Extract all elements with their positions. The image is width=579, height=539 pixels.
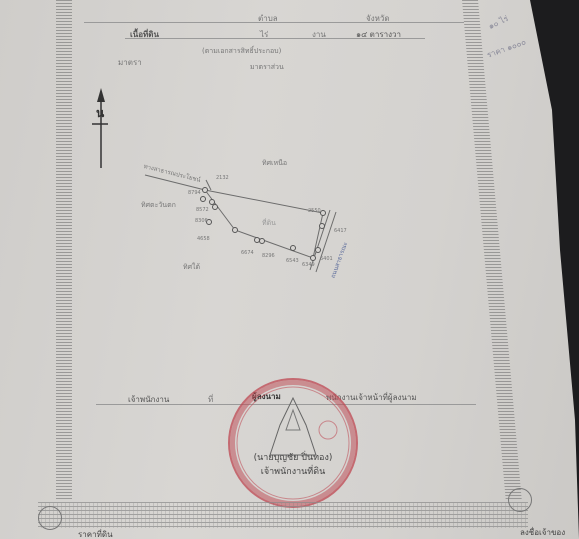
left-rosette-icon [38,506,62,530]
marker-9: 6401 [320,256,333,262]
marker-11: 6417 [334,228,347,234]
official-seal: (นายบุญชัย ปิ่นทอง) เจ้าพนักงานที่ดิน [228,378,358,508]
seal-emblem-icon [230,380,356,506]
marker-2: 8572 [196,207,209,213]
plot-south-label: ทิศใต้ [183,262,200,273]
plot-area-label: ที่ดิน [262,218,276,229]
footer-right: ลงชื่อเจ้าของ [520,526,565,539]
marker-10: 2550 [308,208,321,214]
marker-4: 4658 [197,236,210,242]
plot-west-label: ทิศตะวันตก [141,200,176,211]
deed-paper: ตำบล จังหวัด เนื้อที่ดิน ไร่ งาน ๑๔ ตารา… [0,0,579,539]
marker-6: 8296 [262,253,275,259]
marker-1: 8794 [188,190,201,196]
footer-left: ราคาที่ดิน [78,528,113,539]
signature-mid: ที่ [208,393,213,406]
marker-5: 6674 [241,250,254,256]
marker-7: 6543 [286,258,299,264]
marker-8: 6349 [302,262,315,268]
seal-signer-name: (นายบุญชัย ปิ่นทอง) [230,450,356,464]
marker-12: 2132 [216,175,229,181]
signature-left: เจ้าพนักงาน [128,393,169,406]
marker-3: 8306 [195,218,208,224]
plot-north-label: ทิศเหนือ [262,158,287,169]
seal-signer-title: เจ้าพนักงานที่ดิน [230,464,356,478]
right-rosette-icon [508,488,532,512]
microtext-band [38,502,528,528]
